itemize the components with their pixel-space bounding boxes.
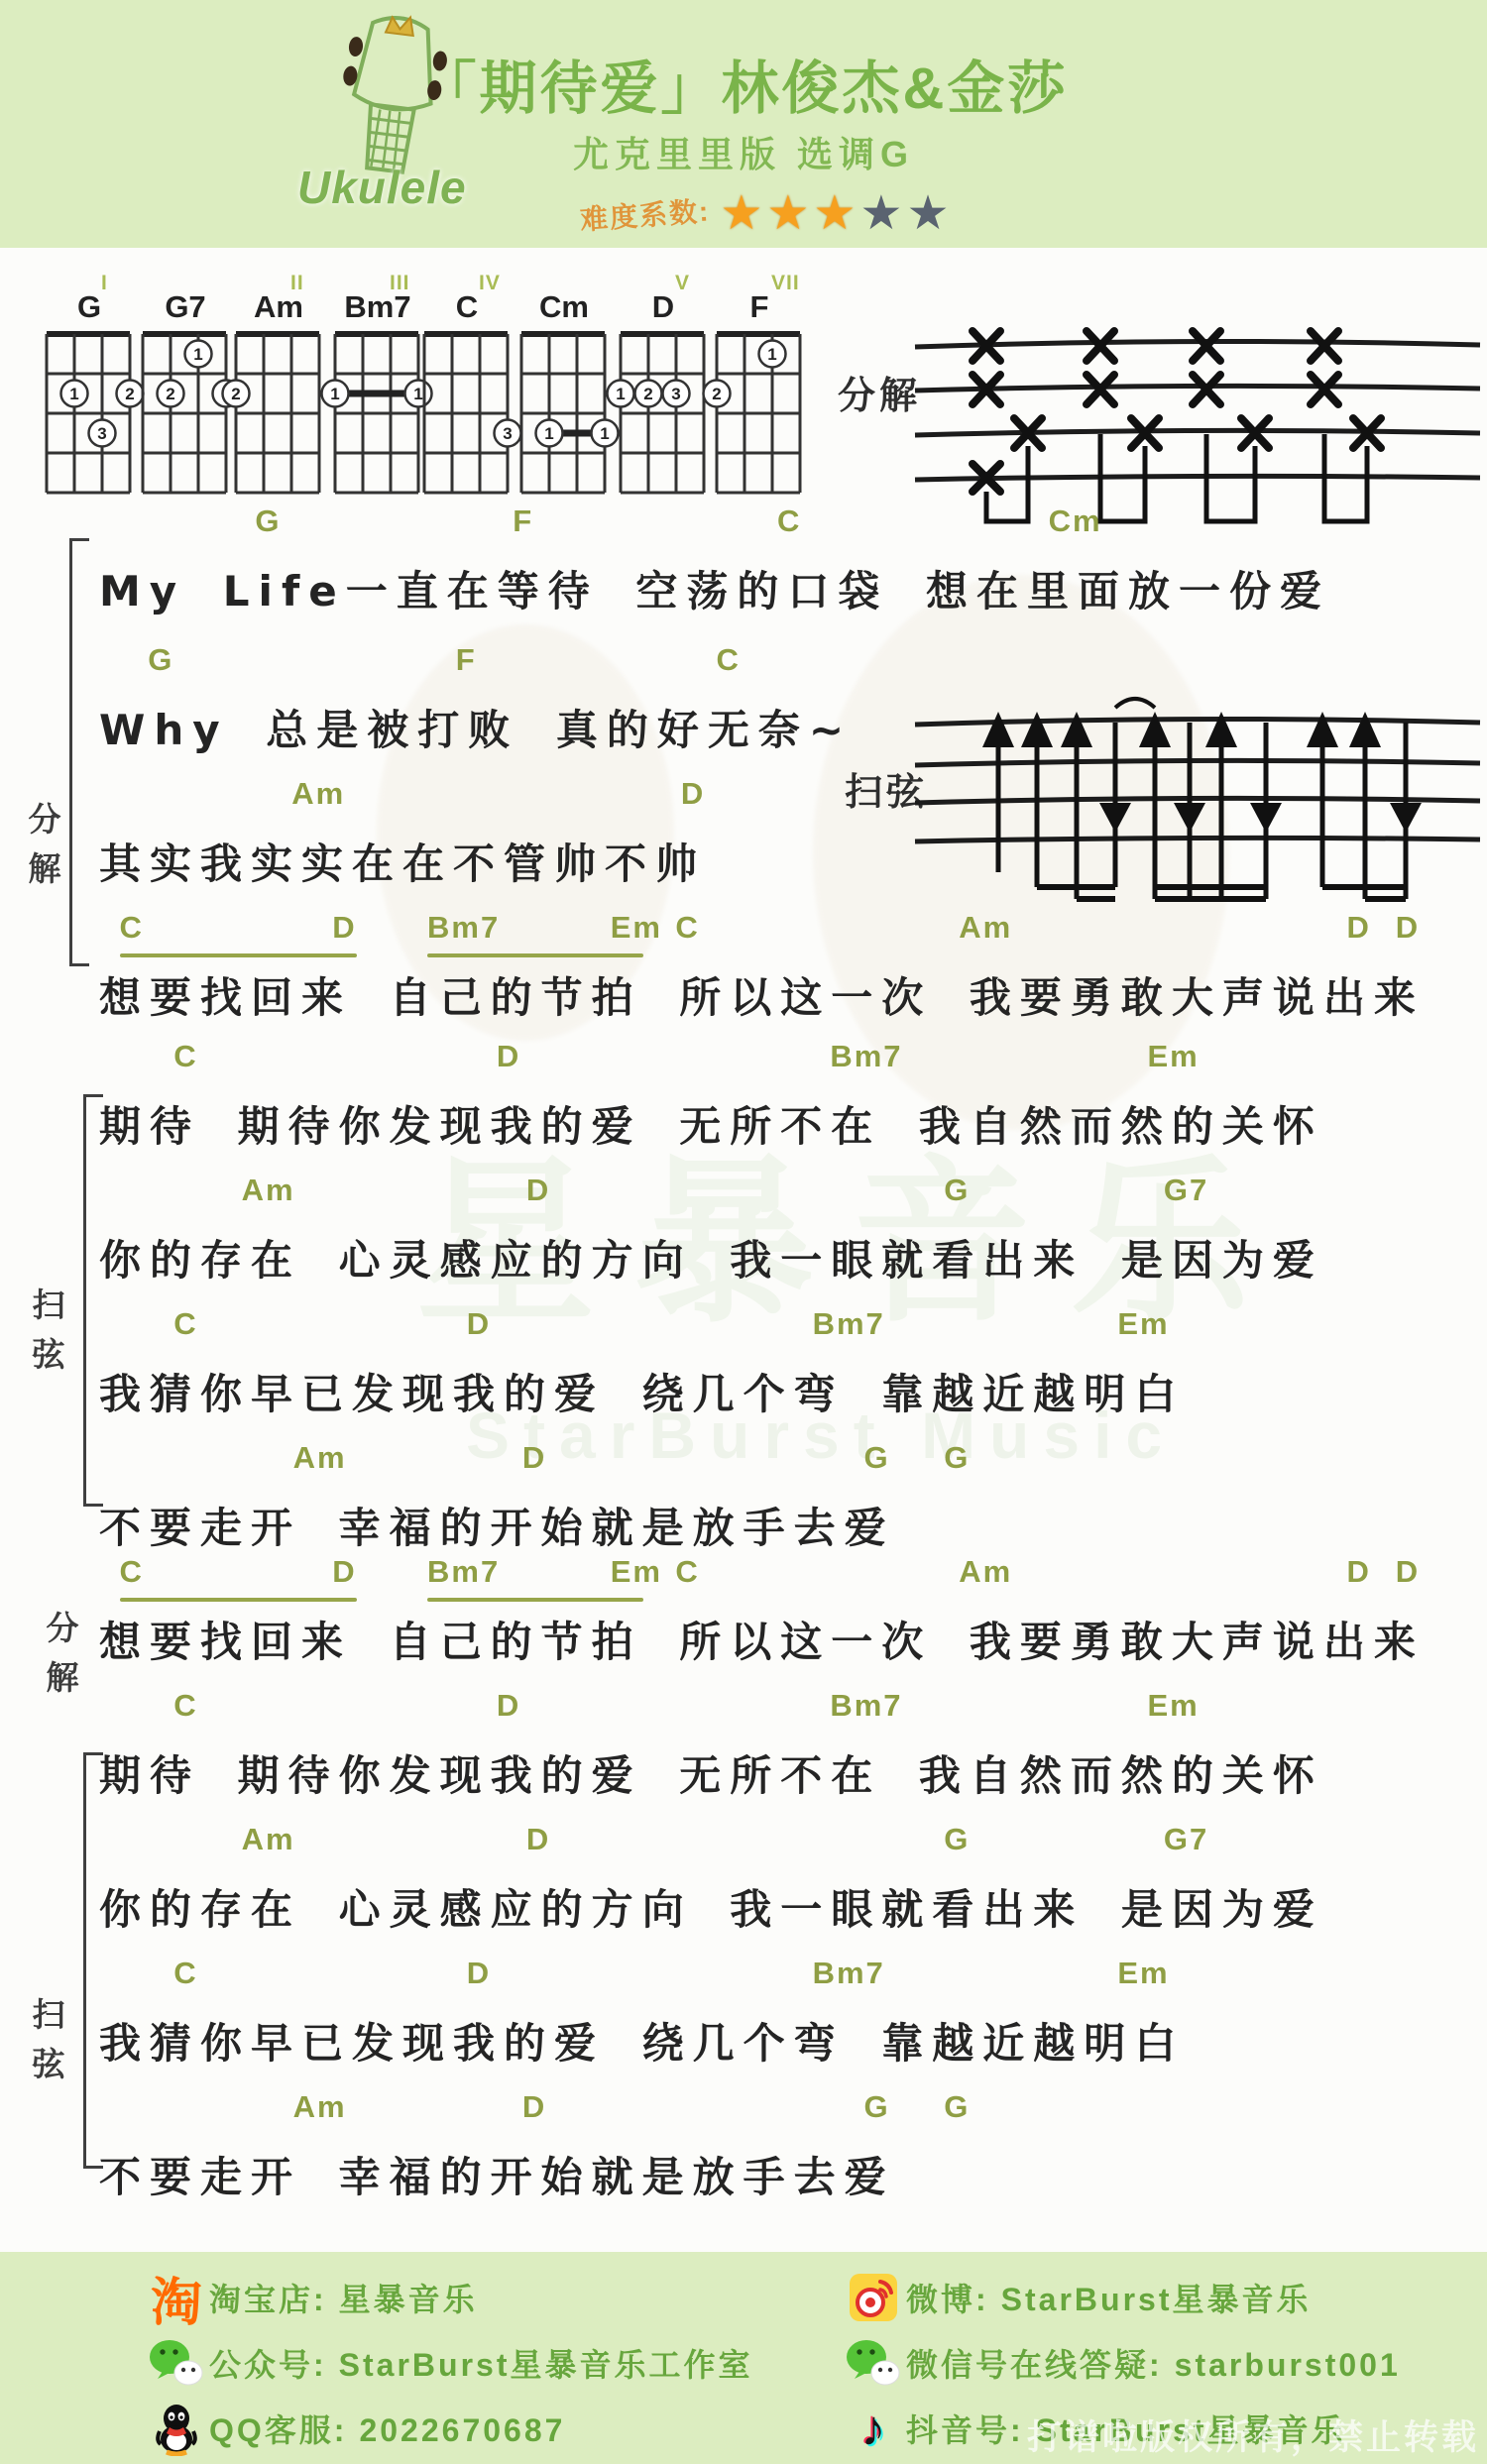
lyric-text: 想要找回来 自己的节拍 所以这一次 我要勇敢大声说出来 [99,1610,1425,1669]
chord-label: Em [1147,1688,1199,1724]
lyric-line-9: CDBm7EmCAmDD想要找回来 自己的节拍 所以这一次 我要勇敢大声说出来 [99,1554,1455,1673]
lyric-line-5: CDBm7Em期待 期待你发现我的爱 无所不在 我自然而然的关怀 [99,1039,1455,1158]
chord-name: Cm [518,289,610,325]
section-bracket [83,1752,103,2169]
chord-label: Bm7 [427,1554,500,1590]
footer-label: QQ客服: [209,2412,347,2448]
footer-label: 微博: [906,2282,989,2317]
chord-label: Am [293,2089,347,2125]
chord-label: Bm7 [813,1956,885,1991]
chord-label: G [864,1440,890,1476]
chord-label: Am [242,1822,295,1857]
footer-value: 2022670687 [359,2412,565,2448]
footer-value: StarBurst星暴音乐 [1001,2282,1312,2317]
chord-name: Bm7 [332,289,423,325]
chord-label: Bm7 [427,910,500,946]
lyric-text: 想要找回来 自己的节拍 所以这一次 我要勇敢大声说出来 [99,965,1425,1025]
chord-label: Am [242,1173,295,1208]
chord-group-underline [427,1598,643,1602]
score-sheet: 星暴音乐 StarBurst Music IG123G7123IIAm2IIIB… [0,248,1487,2252]
lyric-line-6: AmDGG7你的存在 心灵感应的方向 我一眼就看出来 是因为爱 [99,1173,1455,1291]
chord-label: D [1347,1554,1371,1590]
chord-label: D [526,1822,550,1857]
chord-label: D [681,776,705,812]
chord-label: C [675,910,699,946]
lyric-text: 不要走开 幸福的开始就是放手去爱 [99,2145,895,2204]
footer-label: 淘宝店: [209,2282,327,2317]
footer-item-taobao: 淘淘宝店:星暴音乐 [144,2268,478,2327]
footer-value: starburst001 [1175,2347,1401,2383]
lyric-text: 我猜你早已发现我的爱 绕几个弯 靠越近越明白 [99,1362,1185,1421]
chord-label: Am [291,776,345,812]
chord-label: D [522,2089,546,2125]
lyric-line-1: GFCCmMy Life一直在等待 空荡的口袋 想在里面放一份爱 [99,504,1455,622]
chord-label: G [255,504,281,539]
svg-text:1: 1 [69,385,78,403]
chord-label: D [332,1554,356,1590]
star-5: ★ [906,187,949,240]
svg-text:3: 3 [671,385,680,403]
footer-value: 星暴音乐 [339,2282,478,2317]
chord-label: G [944,2089,970,2125]
svg-text:1: 1 [330,385,339,403]
chord-label: Am [959,910,1012,946]
star-3: ★ [813,187,856,240]
footer-item-wechat: 公众号:StarBurst星暴音乐工作室 [144,2333,753,2393]
chord-label: C [173,1306,197,1342]
footer-item-qq: QQ客服:2022670687 [144,2399,565,2458]
chord-label: D [522,1440,546,1476]
chord-name: G7 [140,289,231,325]
chord-name: G [44,289,135,325]
chord-label: F [456,642,477,678]
svg-text:3: 3 [97,424,106,443]
song-subtitle: 尤克里里版 选调G [0,127,1487,177]
star-2: ★ [766,187,809,240]
chord-label: C [173,1688,197,1724]
svg-text:2: 2 [166,385,174,403]
chord-label: Am [293,1440,347,1476]
chord-label: D [1396,1554,1420,1590]
footer-item-weibo: 微博:StarBurst星暴音乐 [841,2268,1312,2327]
chord-label: C [173,1956,197,1991]
chord-label: D [332,910,356,946]
svg-text:1: 1 [616,385,625,403]
chord-label: G [864,2089,890,2125]
copyright-watermark: 打谱啦版权所有，禁止转载 [1027,2410,1479,2460]
douyin-icon: ♪ [841,2400,906,2457]
lyric-text: 不要走开 幸福的开始就是放手去爱 [99,1496,895,1555]
svg-text:1: 1 [600,424,609,443]
section-label-2: 扫弦 [30,1281,67,1379]
lyric-line-2: GFCWhy 总是被打败 真的好无奈~ [99,642,1455,761]
chord-name: C [421,289,513,325]
svg-text:1: 1 [767,345,776,364]
lyric-text: 期待 期待你发现我的爱 无所不在 我自然而然的关怀 [99,1094,1323,1154]
chord-label: C [173,1039,197,1074]
star-1: ★ [720,187,762,240]
difficulty-label: 难度系数: [579,189,712,238]
svg-text:2: 2 [231,385,240,403]
wechat-icon [144,2337,209,2389]
chord-label: Am [959,1554,1012,1590]
lyric-line-8: AmDGG不要走开 幸福的开始就是放手去爱 [99,1440,1455,1559]
chord-label: C [675,1554,699,1590]
lyric-line-3: AmD其实我实实在在不管帅不帅 [99,776,1455,895]
chord-label: Em [611,1554,662,1590]
fenjie-pattern-label: 分解 [838,365,921,419]
chord-label: D [497,1039,520,1074]
chord-label: C [120,1554,144,1590]
chord-group-underline [427,953,643,957]
chord-name: D [618,289,709,325]
svg-text:2: 2 [712,385,721,403]
footer-label: 微信号在线答疑: [906,2347,1163,2383]
section-label-4: 扫弦 [30,1990,67,2088]
qq-icon [144,2401,209,2456]
chord-label: D [497,1688,520,1724]
chord-label: C [777,504,801,539]
lyric-text: Why 总是被打败 真的好无奈~ [99,698,853,757]
lyric-line-4: CDBm7EmCAmDD想要找回来 自己的节拍 所以这一次 我要勇敢大声说出来 [99,910,1455,1029]
chord-label: D [526,1173,550,1208]
lyric-text: 期待 期待你发现我的爱 无所不在 我自然而然的关怀 [99,1743,1323,1803]
lyric-line-11: AmDGG7你的存在 心灵感应的方向 我一眼就看出来 是因为爱 [99,1822,1455,1941]
footer-label: 公众号: [209,2347,327,2383]
chord-name: F [714,289,805,325]
chord-label: G [944,1173,970,1208]
chord-label: G [944,1822,970,1857]
chord-label: Em [1147,1039,1199,1074]
lyric-line-12: CDBm7Em我猜你早已发现我的爱 绕几个弯 靠越近越明白 [99,1956,1455,2074]
lyric-text: 其实我实实在在不管帅不帅 [99,832,706,891]
chord-label: G7 [1164,1822,1208,1857]
chord-label: Bm7 [830,1039,902,1074]
svg-text:1: 1 [193,345,202,364]
footer-value: StarBurst星暴音乐工作室 [339,2347,753,2383]
chord-label: Em [611,910,662,946]
lyric-line-13: AmDGG不要走开 幸福的开始就是放手去爱 [99,2089,1455,2208]
difficulty-row: 难度系数: ★★★★★ [580,184,953,244]
weibo-icon [841,2272,906,2323]
chord-label: Em [1117,1306,1169,1342]
chord-label: G [148,642,173,678]
difficulty-stars: ★★★★★ [720,190,953,238]
taobao-icon: 淘 [144,2261,209,2335]
section-bracket [83,1094,103,1507]
ukulele-sheet-page: Ukulele 「期待爱」林俊杰&金莎 尤克里里版 选调G 难度系数: ★★★★… [0,0,1487,2464]
header: Ukulele 「期待爱」林俊杰&金莎 尤克里里版 选调G 难度系数: ★★★★… [0,0,1487,253]
svg-text:2: 2 [643,385,652,403]
lyric-text: 你的存在 心灵感应的方向 我一眼就看出来 是因为爱 [99,1228,1323,1288]
chord-label: D [1396,910,1420,946]
chord-label: Em [1117,1956,1169,1991]
lyric-text: 我猜你早已发现我的爱 绕几个弯 靠越近越明白 [99,2011,1185,2071]
chord-label: D [467,1306,491,1342]
footer: 淘淘宝店:星暴音乐公众号:StarBurst星暴音乐工作室QQ客服:202267… [0,2252,1487,2464]
star-4: ★ [859,187,902,240]
svg-text:1: 1 [544,424,553,443]
chord-group-underline [120,1598,357,1602]
chord-label: G7 [1164,1173,1208,1208]
section-label-1: 分解 [26,795,63,893]
chord-label: Bm7 [813,1306,885,1342]
lyric-line-10: CDBm7Em期待 期待你发现我的爱 无所不在 我自然而然的关怀 [99,1688,1455,1807]
chord-label: C [716,642,740,678]
wechat-icon [841,2337,906,2389]
footer-label: 抖音号: [906,2412,1024,2448]
chord-name: Am [233,289,324,325]
chord-label: D [467,1956,491,1991]
song-title: 「期待爱」林俊杰&金莎 [0,42,1487,125]
svg-text:2: 2 [125,385,134,403]
chord-label: G [944,1440,970,1476]
section-bracket [69,538,89,966]
footer-item-wechat: 微信号在线答疑:starburst001 [841,2333,1401,2393]
lyric-text: My Life一直在等待 空荡的口袋 想在里面放一份爱 [99,559,1330,618]
lyric-line-7: CDBm7Em我猜你早已发现我的爱 绕几个弯 靠越近越明白 [99,1306,1455,1425]
svg-text:3: 3 [503,424,512,443]
lyric-text: 你的存在 心灵感应的方向 我一眼就看出来 是因为爱 [99,1877,1323,1937]
chord-label: Cm [1049,504,1102,539]
section-label-3: 分解 [44,1604,81,1702]
chord-label: D [1347,910,1371,946]
chord-group-underline [120,953,357,957]
chord-label: Bm7 [830,1688,902,1724]
chord-label: C [120,910,144,946]
chord-label: F [513,504,533,539]
fenjie-pattern-diagram [910,295,1485,533]
